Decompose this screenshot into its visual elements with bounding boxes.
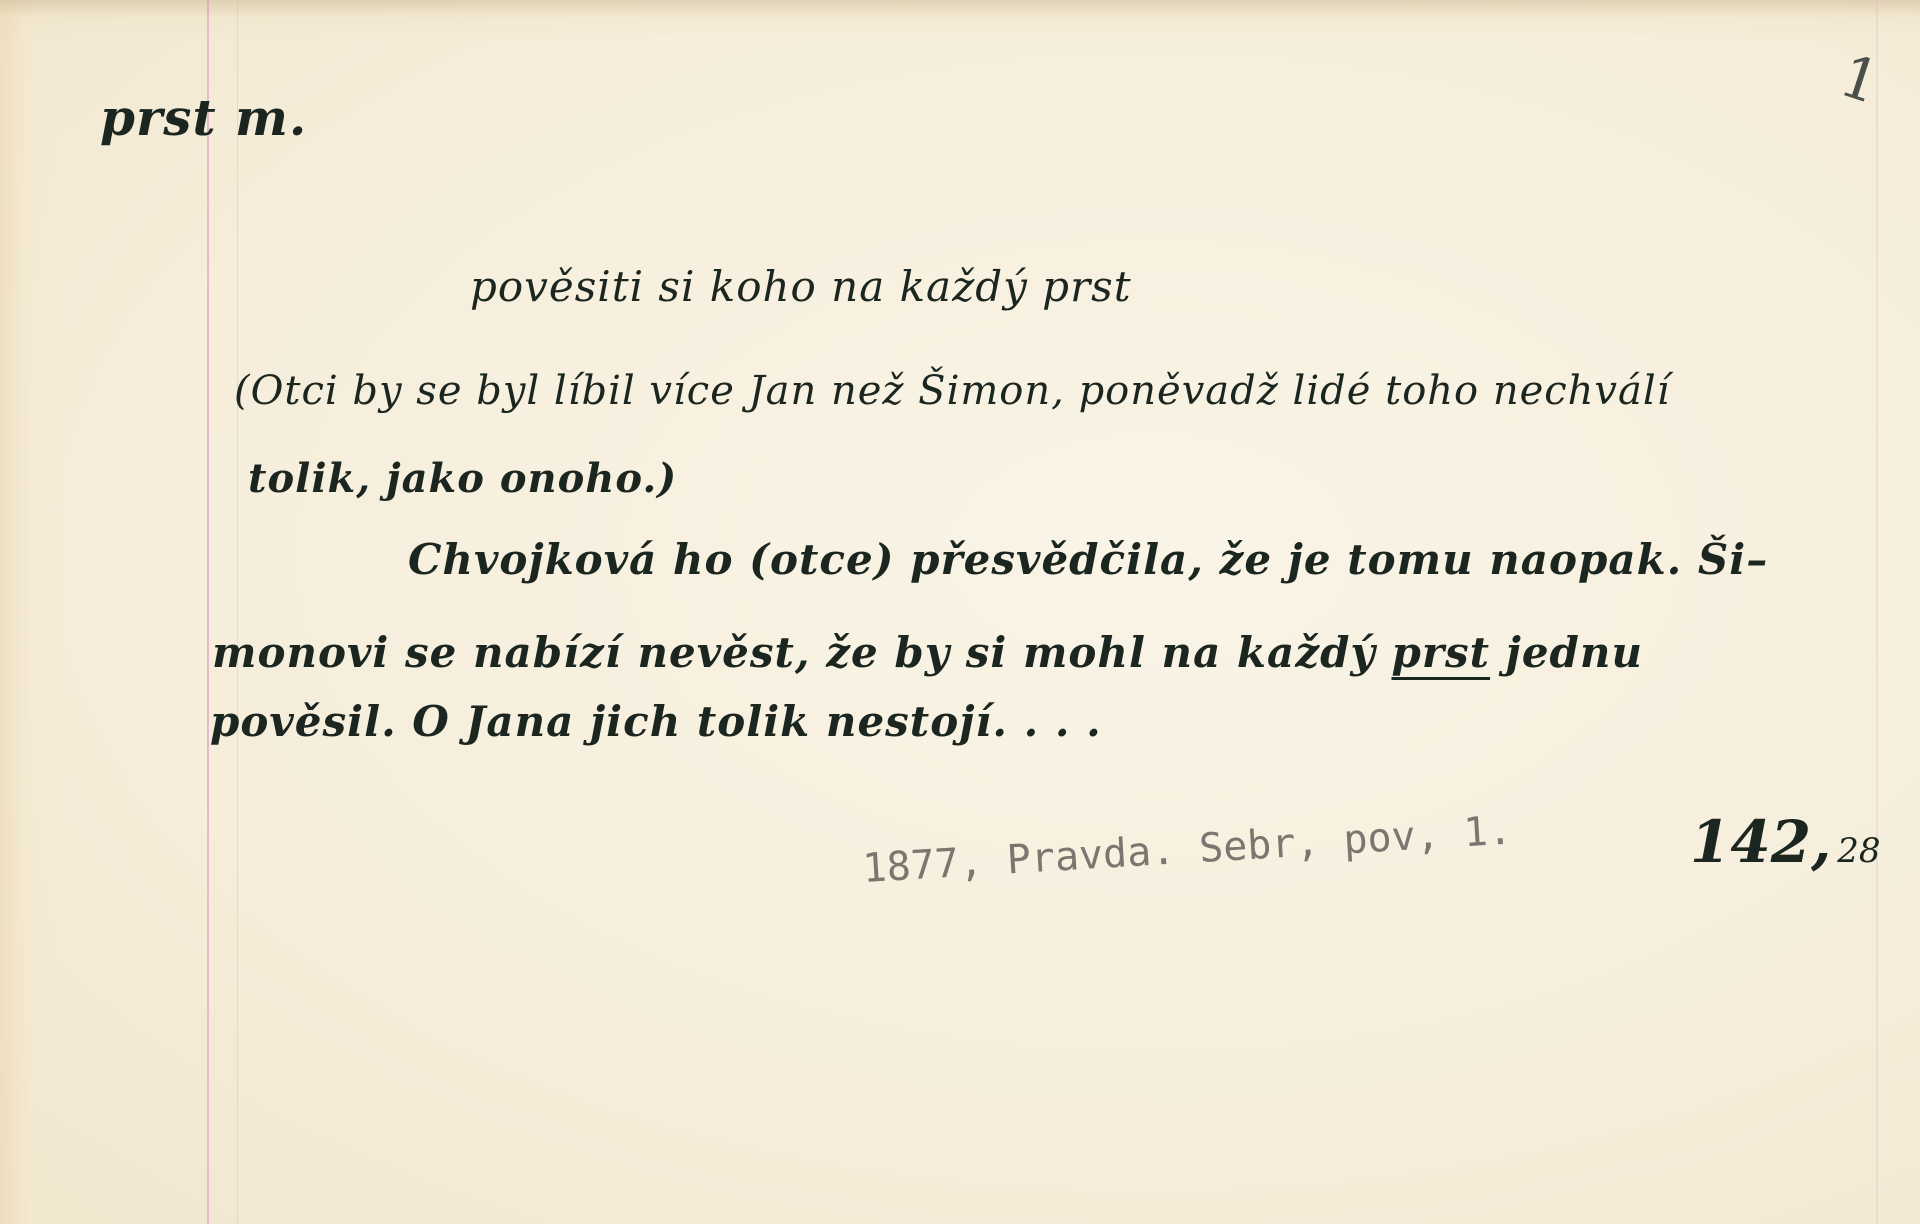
note-line-2: tolik, jako onoho.) — [248, 455, 677, 502]
faint-rule — [237, 0, 238, 1224]
quote-line-2-after: jednu — [1490, 628, 1643, 677]
source-line: 28 — [1837, 831, 1880, 871]
idiom-phrase: pověsiti si koho na každý prst — [470, 262, 1132, 311]
quote-line-2-before: monovi se nabízí nevěst, že by si mohl n… — [212, 628, 1391, 677]
margin-rule — [207, 0, 209, 1224]
quote-line-3: pověsil. O Jana jich tolik nestojí. . . … — [210, 697, 1102, 746]
source-citation-typed: 1877, Pravda. Sebr, pov, 1. — [861, 808, 1513, 892]
source-page-reference: 142,28 — [1690, 808, 1881, 876]
underlined-headword: prst — [1391, 628, 1490, 677]
quote-line-2: monovi se nabízí nevěst, že by si mohl n… — [212, 628, 1643, 677]
quote-line-1: Chvojková ho (otce) přesvědčila, že je t… — [408, 535, 1768, 584]
note-line-1: (Otci by se byl líbil více Jan než Šimon… — [234, 368, 1670, 414]
card-number: 1 — [1832, 41, 1889, 117]
headword: prst m. — [100, 88, 307, 147]
index-card: prst m. 1 pověsiti si koho na každý prst… — [0, 0, 1920, 1224]
source-page: 142, — [1690, 808, 1831, 876]
right-rule — [1876, 0, 1878, 1224]
